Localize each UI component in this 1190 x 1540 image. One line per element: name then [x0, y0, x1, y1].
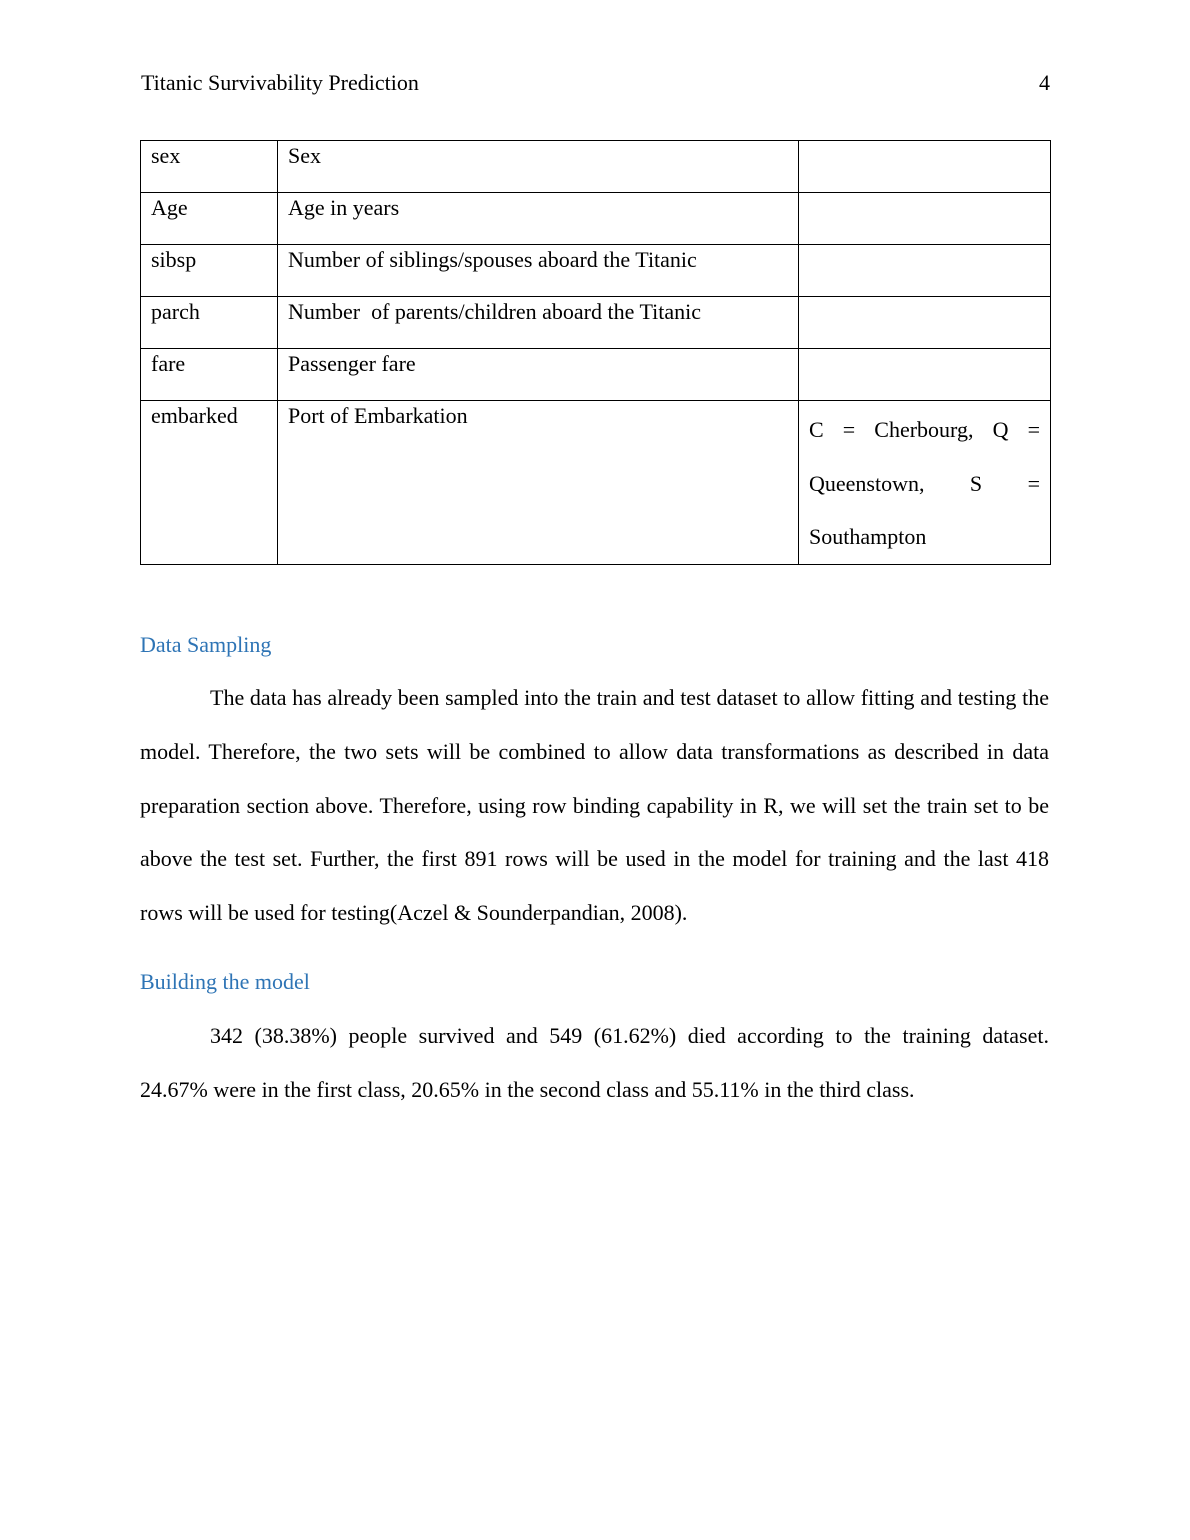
- key-cell: [799, 349, 1051, 401]
- section-paragraph-building-model: 342 (38.38%) people survived and 549 (61…: [140, 1009, 1049, 1117]
- table-row: Age Age in years: [141, 193, 1051, 245]
- variable-cell: embarked: [141, 401, 278, 565]
- definition-cell: Sex: [278, 141, 799, 193]
- page-number: 4: [1039, 70, 1050, 96]
- definition-cell: Passenger fare: [278, 349, 799, 401]
- table-row: sibsp Number of siblings/spouses aboard …: [141, 245, 1051, 297]
- key-cell: [799, 245, 1051, 297]
- variables-table: sex Sex Age Age in years sibsp Number of…: [140, 140, 1051, 565]
- key-cell: [799, 193, 1051, 245]
- table-row: parch Number of parents/children aboard …: [141, 297, 1051, 349]
- table-row: embarked Port of Embarkation C = Cherbou…: [141, 401, 1051, 565]
- key-cell: C = Cherbourg, Q = Queenstown, S = South…: [799, 401, 1051, 565]
- variable-cell: parch: [141, 297, 278, 349]
- section-heading-data-sampling: Data Sampling: [140, 632, 271, 658]
- definition-cell: Number of parents/children aboard the Ti…: [278, 297, 799, 349]
- definition-cell: Port of Embarkation: [278, 401, 799, 565]
- key-cell: [799, 297, 1051, 349]
- table-row: fare Passenger fare: [141, 349, 1051, 401]
- key-cell: [799, 141, 1051, 193]
- section-heading-building-model: Building the model: [140, 969, 310, 995]
- variable-cell: sibsp: [141, 245, 278, 297]
- variable-cell: sex: [141, 141, 278, 193]
- variable-cell: Age: [141, 193, 278, 245]
- definition-cell: Age in years: [278, 193, 799, 245]
- header-title: Titanic Survivability Prediction: [141, 70, 419, 96]
- definition-cell: Number of siblings/spouses aboard the Ti…: [278, 245, 799, 297]
- variable-cell: fare: [141, 349, 278, 401]
- section-paragraph-data-sampling: The data has already been sampled into t…: [140, 671, 1049, 940]
- table-row: sex Sex: [141, 141, 1051, 193]
